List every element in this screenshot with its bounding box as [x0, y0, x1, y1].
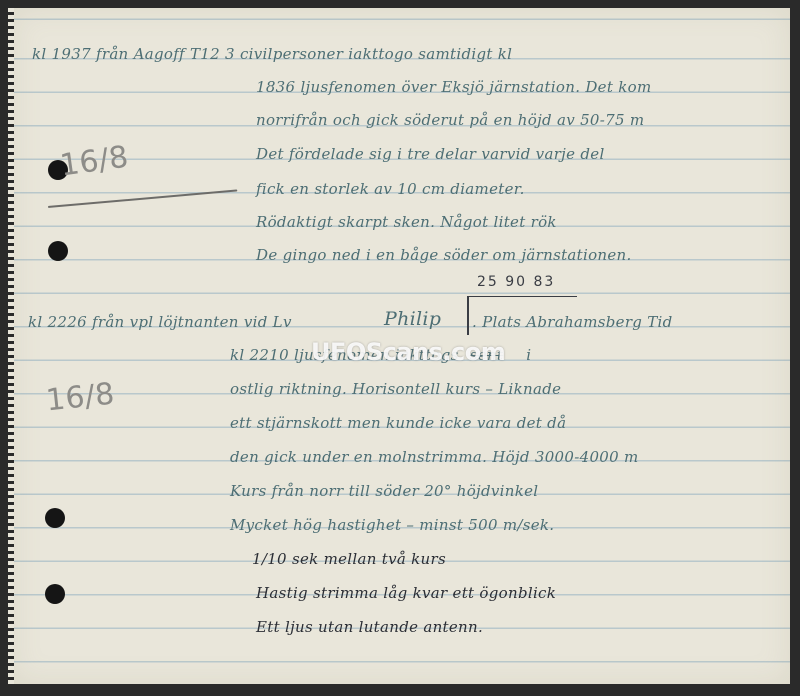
trailing-word: i	[526, 346, 531, 364]
entry2-header-left: kl 2226 från vpl löjtnanten vid Lv	[28, 313, 292, 331]
addendum-line-3: Ett ljus utan lutande antenn.	[256, 618, 483, 636]
watermark: UFOScans.com	[311, 338, 505, 366]
entry1-line-2: 1836 ljusfenomen över Eksjö järnstation.…	[256, 78, 652, 96]
reference-number: 25 90 83	[477, 274, 555, 290]
addendum-line-2: Hastig strimma låg kvar ett ögonblick	[256, 584, 556, 602]
entry2-line-6: Mycket hög hastighet – minst 500 m/sek.	[230, 516, 554, 534]
entry1-line-5: fick en storlek av 10 cm diameter.	[256, 180, 525, 198]
entry2-header-right: . Plats Abrahamsberg Tid	[472, 313, 673, 331]
binder-hole	[45, 584, 65, 604]
entry2-line-4: den gick under en molnstrimma. Höjd 3000…	[230, 448, 639, 466]
entry1-line-7: De gingo ned i en båge söder om järnstat…	[256, 246, 632, 264]
binder-hole	[48, 241, 68, 261]
entry1-line-3: norrifrån och gick söderut på en höjd av…	[256, 111, 644, 129]
entry2-header-name: Philip	[384, 308, 441, 330]
addendum-line-1: 1/10 sek mellan två kurs	[252, 550, 446, 568]
entry1-line-6: Rödaktigt skarpt sken. Något litet rök	[256, 213, 557, 231]
margin-date-1: 16/8	[58, 139, 131, 183]
entry1-line-4: Det fördelade sig i tre delar varvid var…	[256, 145, 605, 163]
pencil-divider	[48, 189, 237, 208]
binder-hole	[45, 508, 65, 528]
entry2-line-3: ett stjärnskott men kunde icke vara det …	[230, 414, 566, 432]
entry2-line-5: Kurs från norr till söder 20° höjdvinkel	[230, 482, 538, 500]
entry1-line-1: kl 1937 från Aagoff T12 3 civilpersoner …	[32, 45, 512, 63]
entry2-line-2: ostlig riktning. Horisontell kurs – Likn…	[230, 380, 561, 398]
margin-date-2: 16/8	[44, 377, 116, 419]
